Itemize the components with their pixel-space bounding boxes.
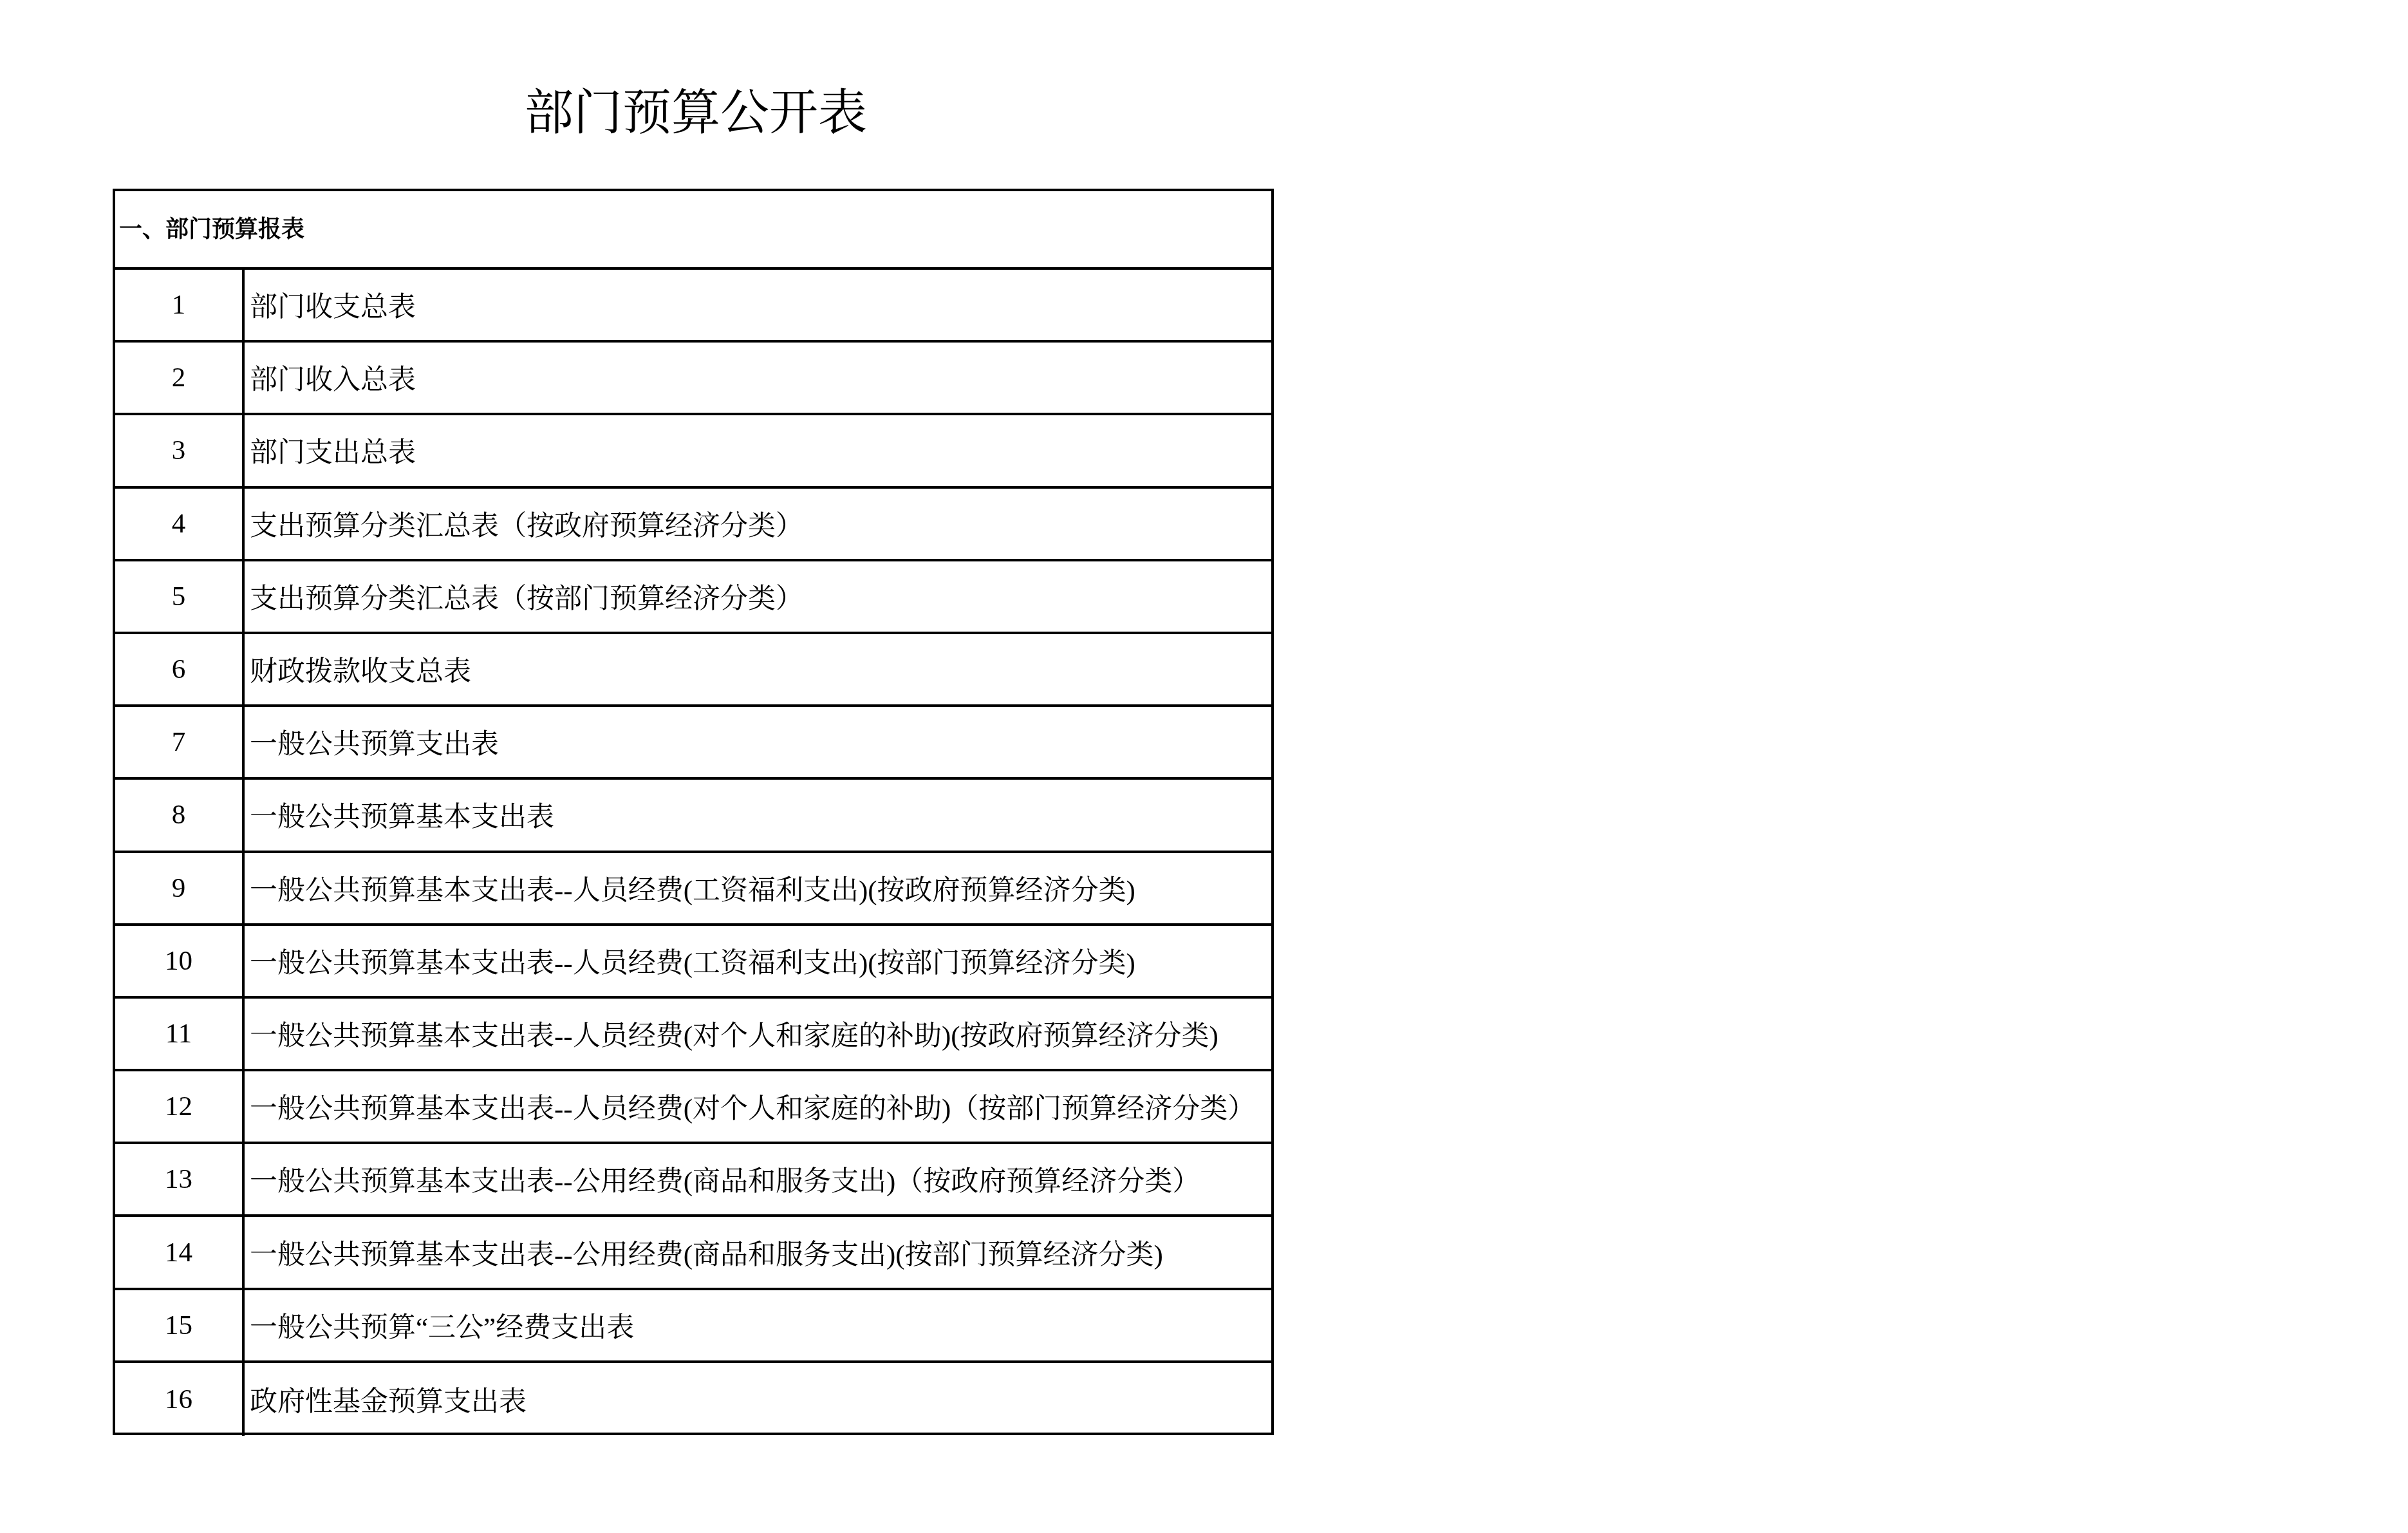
report-name[interactable]: 一般公共预算基本支出表--公用经费(商品和服务支出)（按政府预算经济分类） (245, 1144, 1271, 1214)
table-row[interactable]: 14 一般公共预算基本支出表--公用经费(商品和服务支出)(按部门预算经济分类) (115, 1217, 1271, 1290)
row-number: 16 (115, 1363, 245, 1436)
table-row[interactable]: 5 支出预算分类汇总表（按部门预算经济分类） (115, 561, 1271, 634)
table-row[interactable]: 1 部门收支总表 (115, 270, 1271, 343)
row-number: 10 (115, 926, 245, 996)
table-row[interactable]: 11 一般公共预算基本支出表--人员经费(对个人和家庭的补助)(按政府预算经济分… (115, 999, 1271, 1071)
report-name[interactable]: 一般公共预算基本支出表--公用经费(商品和服务支出)(按部门预算经济分类) (245, 1217, 1271, 1287)
table-row[interactable]: 15 一般公共预算“三公”经费支出表 (115, 1290, 1271, 1363)
report-name[interactable]: 政府性基金预算支出表 (245, 1363, 1271, 1436)
row-number: 1 (115, 270, 245, 340)
report-name[interactable]: 一般公共预算基本支出表--人员经费(工资福利支出)(按政府预算经济分类) (245, 853, 1271, 923)
table-row[interactable]: 6 财政拨款收支总表 (115, 634, 1271, 707)
report-name[interactable]: 部门支出总表 (245, 415, 1271, 485)
row-number: 11 (115, 999, 245, 1069)
table-row[interactable]: 10 一般公共预算基本支出表--人员经费(工资福利支出)(按部门预算经济分类) (115, 926, 1271, 999)
table-row[interactable]: 3 部门支出总表 (115, 415, 1271, 488)
table-row[interactable]: 8 一般公共预算基本支出表 (115, 780, 1271, 852)
report-name[interactable]: 一般公共预算基本支出表 (245, 780, 1271, 850)
table-row[interactable]: 2 部门收入总表 (115, 343, 1271, 415)
row-number: 3 (115, 415, 245, 485)
section-label: 一、部门预算报表 (119, 191, 304, 267)
table-row[interactable]: 13 一般公共预算基本支出表--公用经费(商品和服务支出)（按政府预算经济分类） (115, 1144, 1271, 1217)
row-number: 14 (115, 1217, 245, 1287)
page-title: 部门预算公开表 (525, 82, 867, 144)
row-number: 6 (115, 634, 245, 704)
budget-report-index-table: 一、部门预算报表 1 部门收支总表 2 部门收入总表 3 部门支出总表 4 支出… (113, 189, 1274, 1435)
report-name[interactable]: 财政拨款收支总表 (245, 634, 1271, 704)
row-number: 4 (115, 489, 245, 559)
table-row[interactable]: 7 一般公共预算支出表 (115, 707, 1271, 780)
row-number: 13 (115, 1144, 245, 1214)
table-body: 1 部门收支总表 2 部门收入总表 3 部门支出总表 4 支出预算分类汇总表（按… (115, 270, 1271, 1433)
row-number: 9 (115, 853, 245, 923)
report-name[interactable]: 一般公共预算基本支出表--人员经费(对个人和家庭的补助)（按部门预算经济分类） (245, 1071, 1271, 1142)
report-name[interactable]: 一般公共预算支出表 (245, 707, 1271, 777)
row-number: 8 (115, 780, 245, 850)
row-number: 5 (115, 561, 245, 632)
table-row[interactable]: 4 支出预算分类汇总表（按政府预算经济分类） (115, 489, 1271, 561)
table-row[interactable]: 9 一般公共预算基本支出表--人员经费(工资福利支出)(按政府预算经济分类) (115, 853, 1271, 926)
row-number: 15 (115, 1290, 245, 1360)
report-name[interactable]: 一般公共预算基本支出表--人员经费(工资福利支出)(按部门预算经济分类) (245, 926, 1271, 996)
table-row[interactable]: 12 一般公共预算基本支出表--人员经费(对个人和家庭的补助)（按部门预算经济分… (115, 1071, 1271, 1144)
report-name[interactable]: 部门收支总表 (245, 270, 1271, 340)
report-name[interactable]: 支出预算分类汇总表（按部门预算经济分类） (245, 561, 1271, 632)
row-number: 2 (115, 343, 245, 413)
table-row[interactable]: 16 政府性基金预算支出表 (115, 1363, 1271, 1436)
report-name[interactable]: 部门收入总表 (245, 343, 1271, 413)
row-number: 12 (115, 1071, 245, 1142)
report-name[interactable]: 一般公共预算“三公”经费支出表 (245, 1290, 1271, 1360)
row-number: 7 (115, 707, 245, 777)
report-name[interactable]: 支出预算分类汇总表（按政府预算经济分类） (245, 489, 1271, 559)
report-name[interactable]: 一般公共预算基本支出表--人员经费(对个人和家庭的补助)(按政府预算经济分类) (245, 999, 1271, 1069)
section-header-row: 一、部门预算报表 (115, 191, 1271, 270)
